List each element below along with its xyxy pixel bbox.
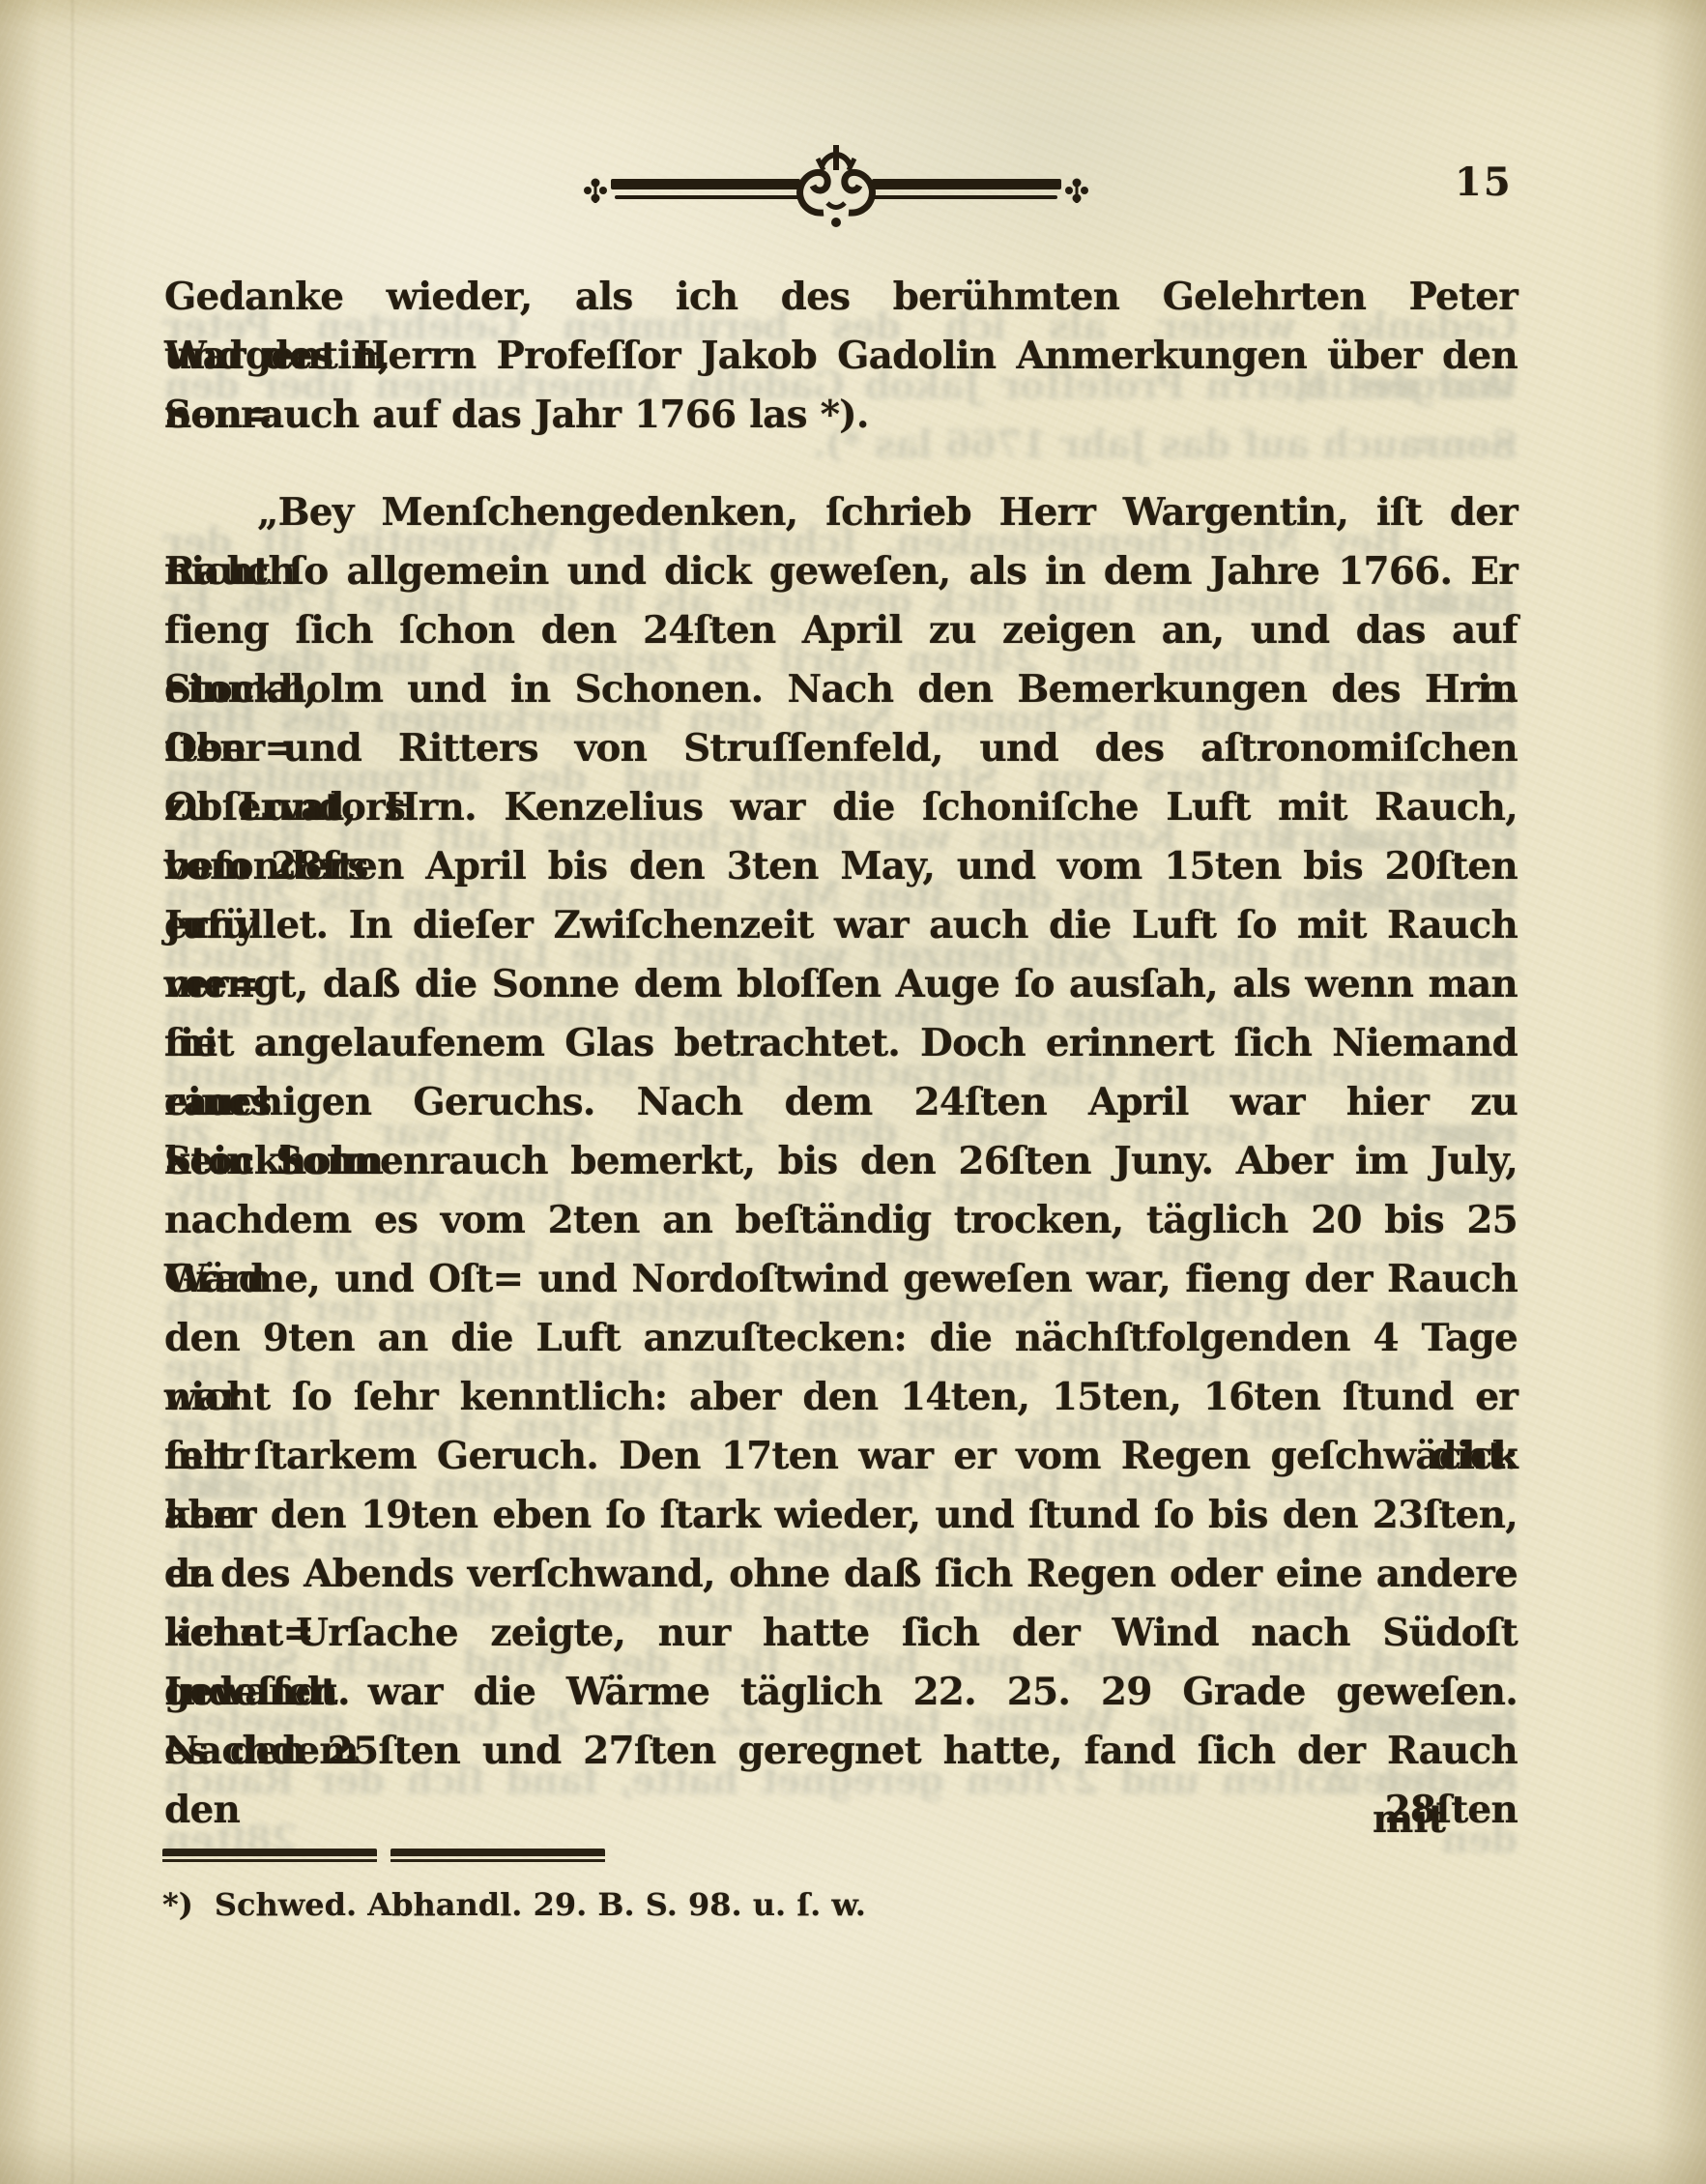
text-block: Gedanke wieder, als ich des berühmten Ge… — [164, 268, 1518, 1781]
fleuron-icon — [800, 145, 873, 227]
floret-icon — [1065, 179, 1088, 204]
text-line: nachdem es vom 2ten an beſtändig trocken… — [164, 1191, 1518, 1250]
text-line: ſten und Ritters von Struſſenfeld, und d… — [164, 719, 1518, 778]
floret-icon — [584, 179, 607, 204]
text-line: mit angelaufenem Glas betrachtet. Doch e… — [164, 1014, 1518, 1073]
rule-dash — [390, 1849, 605, 1863]
text-line: es den 25ſten und 27ſten geregnet hatte,… — [164, 1722, 1518, 1781]
text-line: erfüllet. In dieſer Zwiſchenzeit war auc… — [164, 896, 1518, 955]
text-line: fieng ſich ſchon den 24ſten April zu zei… — [164, 601, 1518, 660]
text-line: und des Herrn Profeſſor Jakob Gadolin An… — [164, 327, 1518, 386]
text-line: nicht ſo allgemein und dick geweſen, als… — [164, 542, 1518, 601]
text-line: „Bey Menſchengedenken, ſchrieb Herr Warg… — [164, 483, 1518, 542]
text-line: mengt, daß die Sonne dem bloſſen Auge ſo… — [164, 955, 1518, 1014]
text-line: den 9ten an die Luft anzuſtecken: die nä… — [164, 1309, 1518, 1368]
footnote-marker: *) — [162, 1886, 193, 1923]
fleuron-rule-ornament — [580, 137, 1092, 244]
text-line: Indeſſen war die Wärme täglich 22. 25. 2… — [164, 1663, 1518, 1722]
text-line: zu Lund, Hrn. Kenzelius war die ſchoniſc… — [164, 778, 1518, 837]
text-line: Wärme, und Oſt= und Nordoſtwind geweſen … — [164, 1250, 1518, 1309]
page-number: 15 — [1455, 160, 1513, 205]
text-line: er des Abends verſchwand, ohne daß ſich … — [164, 1545, 1518, 1604]
text-line: liche Urſache zeigte, nur hatte ſich der… — [164, 1604, 1518, 1663]
footnote-separator-rule — [162, 1849, 605, 1863]
text-line: nenrauch auf das Jahr 1766 las *). — [164, 386, 1518, 445]
paragraph: „Bey Menſchengedenken, ſchrieb Herr Warg… — [164, 483, 1518, 1781]
text-line: Stockholm und in Schonen. Nach den Bemer… — [164, 660, 1518, 719]
rule-dash — [162, 1849, 377, 1863]
text-line: nicht ſo ſehr kenntlich: aber den 14ten,… — [164, 1368, 1518, 1427]
paragraph: Gedanke wieder, als ich des berühmten Ge… — [164, 268, 1518, 445]
text-line: kein Sonnenrauch bemerkt, bis den 26ſten… — [164, 1132, 1518, 1191]
text-line: Gedanke wieder, als ich des berühmten Ge… — [164, 268, 1518, 327]
text-line: mit ſtarkem Geruch. Den 17ten war er vom… — [164, 1427, 1518, 1486]
scanned-book-page: Gedanke wieder, als ich des berühmten Ge… — [0, 0, 1706, 2184]
text-line: rauchigen Geruchs. Nach dem 24ſten April… — [164, 1073, 1518, 1132]
footnote-text: Schwed. Abhandl. 29. B. S. 98. u. ſ. w. — [215, 1886, 866, 1923]
text-line: vom 28ſten April bis den 3ten May, und v… — [164, 837, 1518, 896]
page-fold-shadow — [70, 0, 75, 2184]
text-line: aber den 19ten eben ſo ſtark wieder, und… — [164, 1486, 1518, 1545]
footnote: *)Schwed. Abhandl. 29. B. S. 98. u. ſ. w… — [162, 1881, 1032, 1928]
catchword: mit — [1373, 1796, 1489, 1842]
